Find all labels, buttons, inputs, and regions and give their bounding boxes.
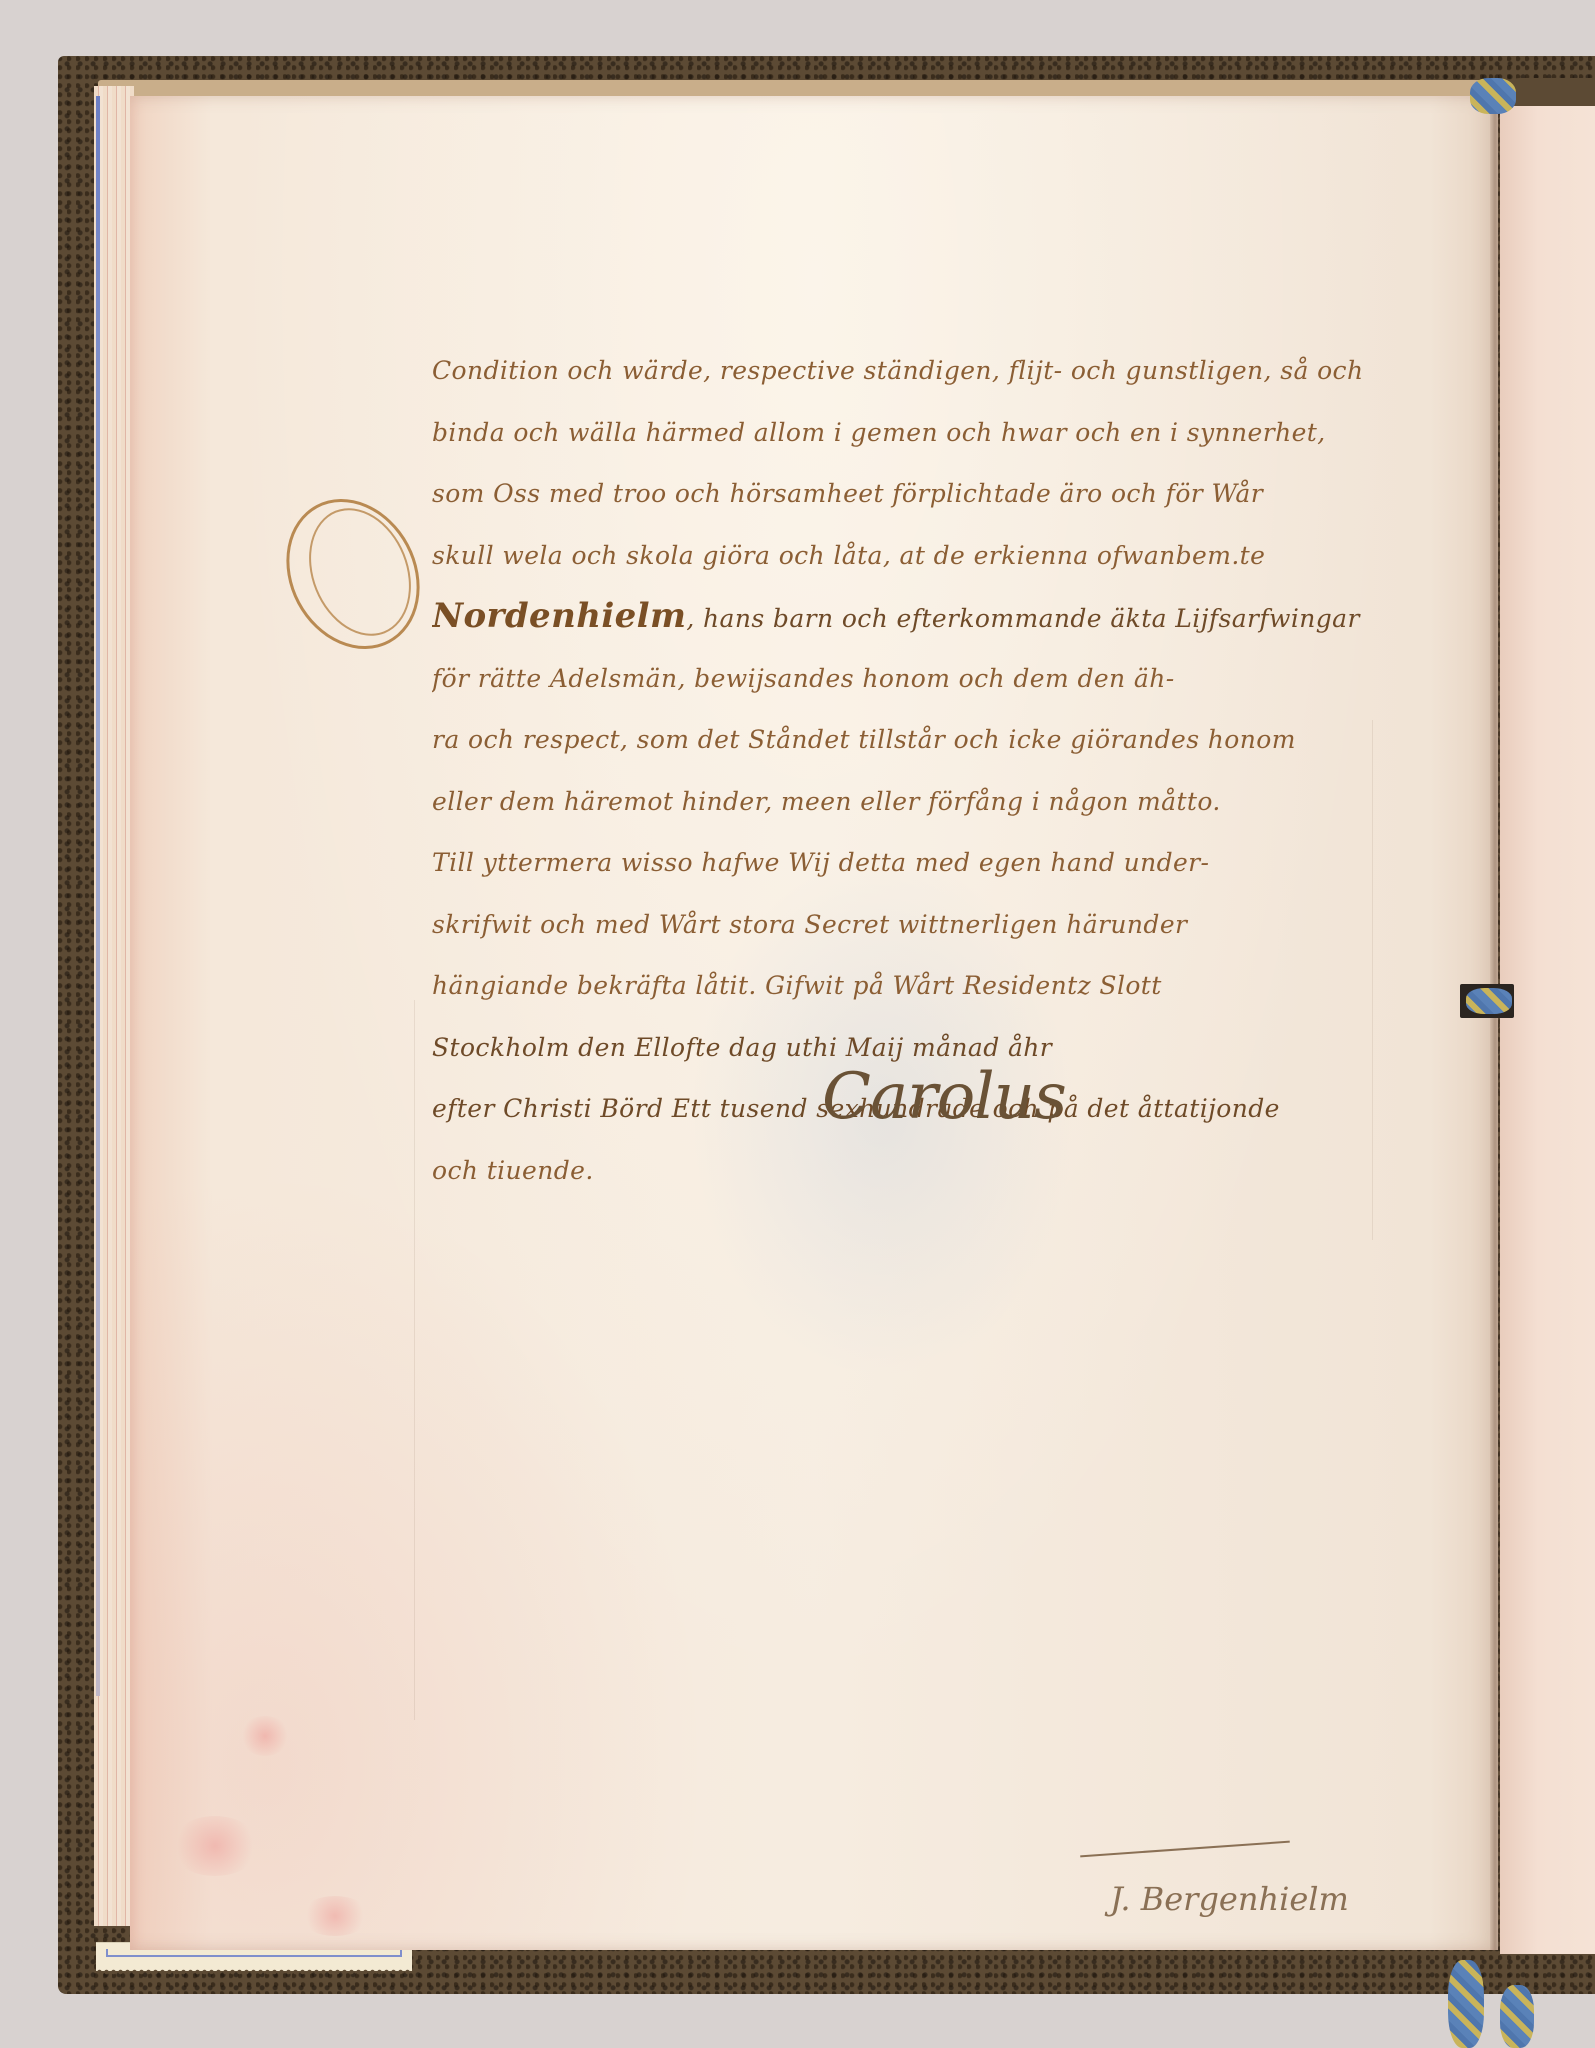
pink-stain bbox=[170, 1816, 260, 1876]
countersignature: J. Bergenhielm bbox=[1110, 1880, 1349, 1918]
page-edges-stack bbox=[94, 86, 134, 1926]
text-line-nordenhielm: Nordenhielm, hans barn och efterkommande… bbox=[432, 586, 1392, 648]
text-line: hängiande bekräfta låtit. Gifwit på Wårt… bbox=[432, 955, 1392, 1017]
text-line-rest: , hans barn och efterkommande äkta Lijfs… bbox=[686, 604, 1359, 633]
ennobled-name: Nordenhielm bbox=[432, 596, 686, 636]
text-line: binda och wälla härmed allom i gemen och… bbox=[432, 402, 1392, 464]
text-line: skull wela och skola giöra och låta, at … bbox=[432, 525, 1392, 587]
binding-cord-bottom-right bbox=[1500, 1985, 1534, 2048]
royal-signature: Carolus bbox=[822, 1060, 1066, 1134]
pink-stain bbox=[240, 1716, 290, 1756]
text-line: Till yttermera wisso hafwe Wij detta med… bbox=[432, 832, 1392, 894]
book-gutter bbox=[1490, 96, 1500, 1950]
blue-edge-band bbox=[96, 96, 100, 1696]
facing-page bbox=[1500, 106, 1595, 1954]
binding-cord-top bbox=[1470, 78, 1516, 114]
text-line: skrifwit och med Wårt stora Secret wittn… bbox=[432, 894, 1392, 956]
binding-cord-bottom-left bbox=[1448, 1960, 1484, 2048]
text-line: för rätte Adelsmän, bewijsandes honom oc… bbox=[432, 648, 1392, 710]
binding-cord-middle bbox=[1466, 988, 1512, 1014]
text-line: som Oss med troo och hörsamheet förplich… bbox=[432, 463, 1392, 525]
text-line: ra och respect, som det Ståndet tillstår… bbox=[432, 709, 1392, 771]
text-line: och tiuende. bbox=[432, 1140, 1392, 1202]
pink-stain bbox=[300, 1896, 370, 1936]
faint-ruling-left bbox=[414, 1000, 415, 1720]
text-line: Condition och wärde, respective ständige… bbox=[432, 340, 1392, 402]
text-line: eller dem häremot hinder, meen eller för… bbox=[432, 771, 1392, 833]
